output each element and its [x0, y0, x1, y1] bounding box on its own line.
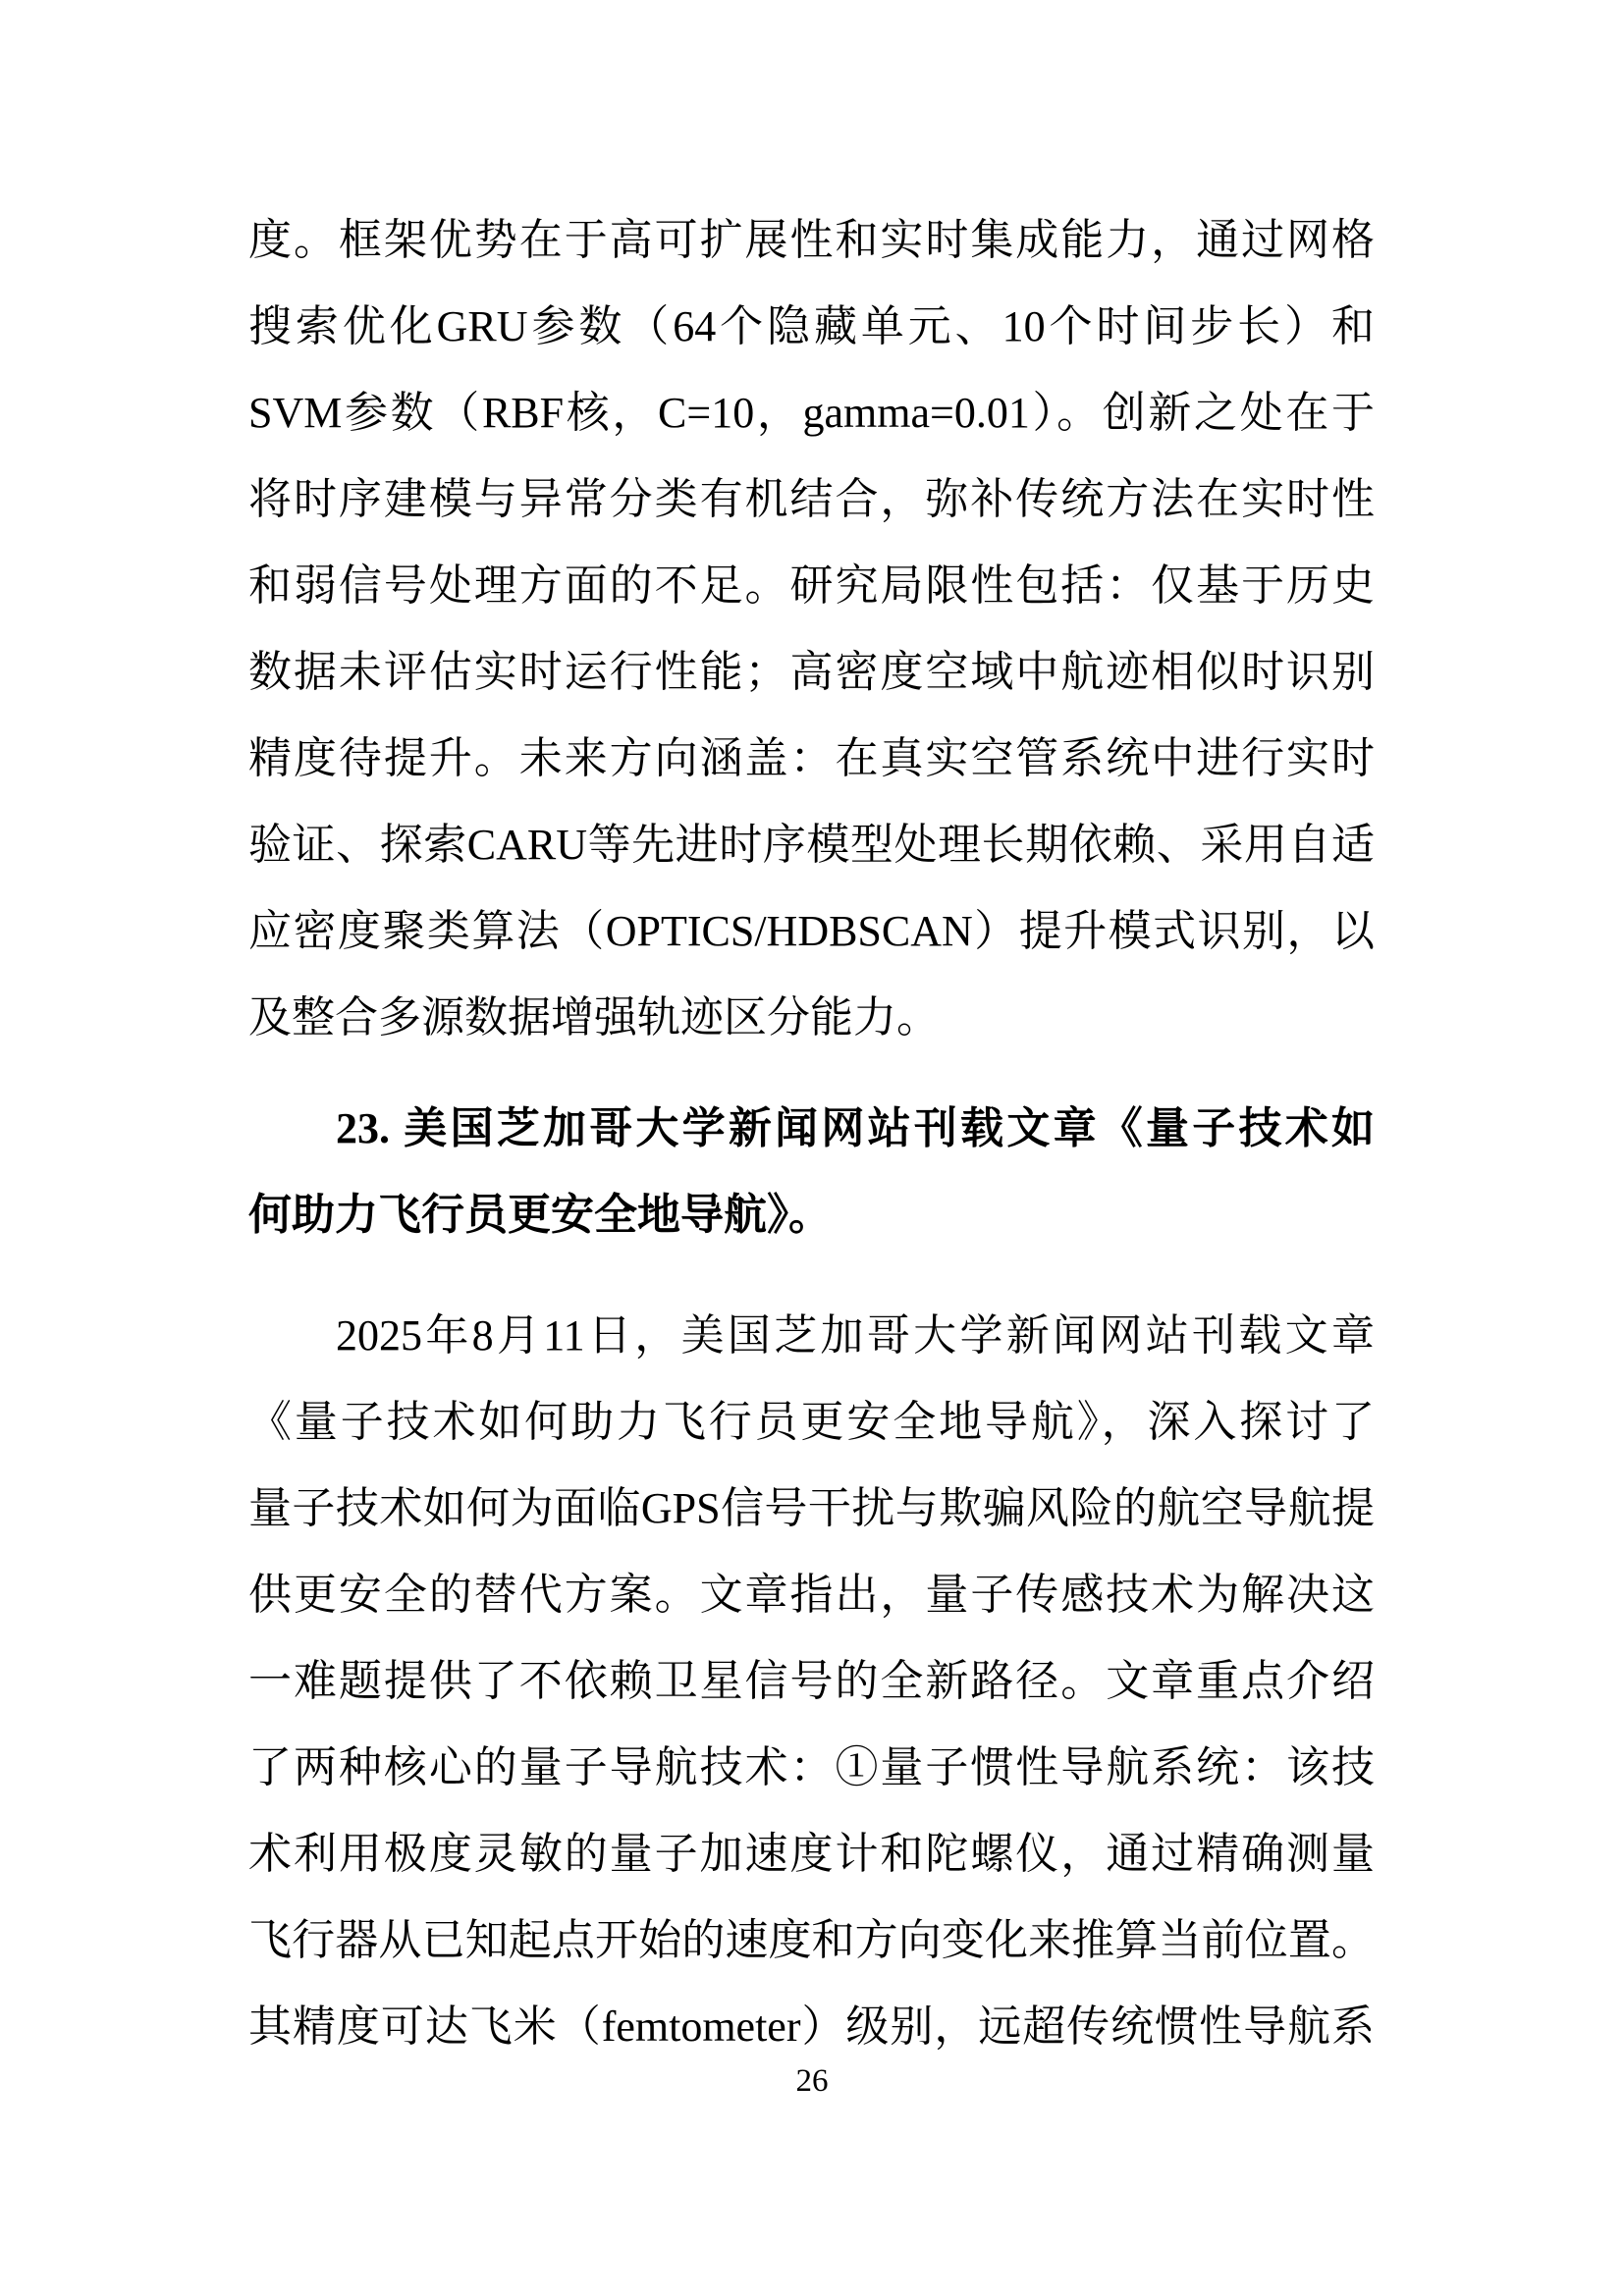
- body-line: SVM参数（RBF核，C=10，gamma=0.01）。创新之处在于: [248, 370, 1375, 456]
- heading-line: 23. 美国芝加哥大学新闻网站刊载文章《量子技术如: [248, 1086, 1375, 1172]
- body-line: 应密度聚类算法（OPTICS/HDBSCAN）提升模式识别，以: [248, 888, 1375, 975]
- page-number: 26: [0, 2061, 1624, 2101]
- body-line: 量子技术如何为面临GPS信号干扰与欺骗风险的航空导航提: [248, 1466, 1375, 1552]
- paragraph-2: 2025年8月11日，美国芝加哥大学新闻网站刊载文章 《量子技术如何助力飞行员更…: [248, 1293, 1375, 2070]
- body-line: 精度待提升。未来方向涵盖：在真实空管系统中进行实时: [248, 716, 1375, 802]
- heading-line: 何助力飞行员更安全地导航》。: [248, 1172, 1375, 1258]
- body-line: 《量子技术如何助力飞行员更安全地导航》，深入探讨了: [248, 1379, 1375, 1466]
- body-line: 2025年8月11日，美国芝加哥大学新闻网站刊载文章: [248, 1293, 1375, 1379]
- body-line: 一难题提供了不依赖卫星信号的全新路径。文章重点介绍: [248, 1638, 1375, 1725]
- body-line: 其精度可达飞米（femtometer）级别，远超传统惯性导航系: [248, 1984, 1375, 2070]
- body-line: 供更安全的替代方案。文章指出，量子传感技术为解决这: [248, 1552, 1375, 1638]
- body-line: 了两种核心的量子导航技术：①量子惯性导航系统：该技: [248, 1725, 1375, 1811]
- body-line: 数据未评估实时运行性能；高密度空域中航迹相似时识别: [248, 629, 1375, 716]
- body-line: 和弱信号处理方面的不足。研究局限性包括：仅基于历史: [248, 543, 1375, 629]
- body-line: 搜索优化GRU参数（64个隐藏单元、10个时间步长）和: [248, 284, 1375, 370]
- paragraph-1: 度。框架优势在于高可扩展性和实时集成能力，通过网格 搜索优化GRU参数（64个隐…: [248, 197, 1375, 1061]
- body-line: 术利用极度灵敏的量子加速度计和陀螺仪，通过精确测量: [248, 1811, 1375, 1897]
- body-line: 飞行器从已知起点开始的速度和方向变化来推算当前位置。: [248, 1897, 1375, 1984]
- section-heading-23: 23. 美国芝加哥大学新闻网站刊载文章《量子技术如 何助力飞行员更安全地导航》。: [248, 1086, 1375, 1258]
- body-line: 验证、探索CARU等先进时序模型处理长期依赖、采用自适: [248, 802, 1375, 888]
- document-page: 度。框架优势在于高可扩展性和实时集成能力，通过网格 搜索优化GRU参数（64个隐…: [0, 0, 1624, 2296]
- body-line: 及整合多源数据增强轨迹区分能力。: [248, 975, 1375, 1061]
- body-line: 将时序建模与异常分类有机结合，弥补传统方法在实时性: [248, 456, 1375, 543]
- body-line: 度。框架优势在于高可扩展性和实时集成能力，通过网格: [248, 197, 1375, 284]
